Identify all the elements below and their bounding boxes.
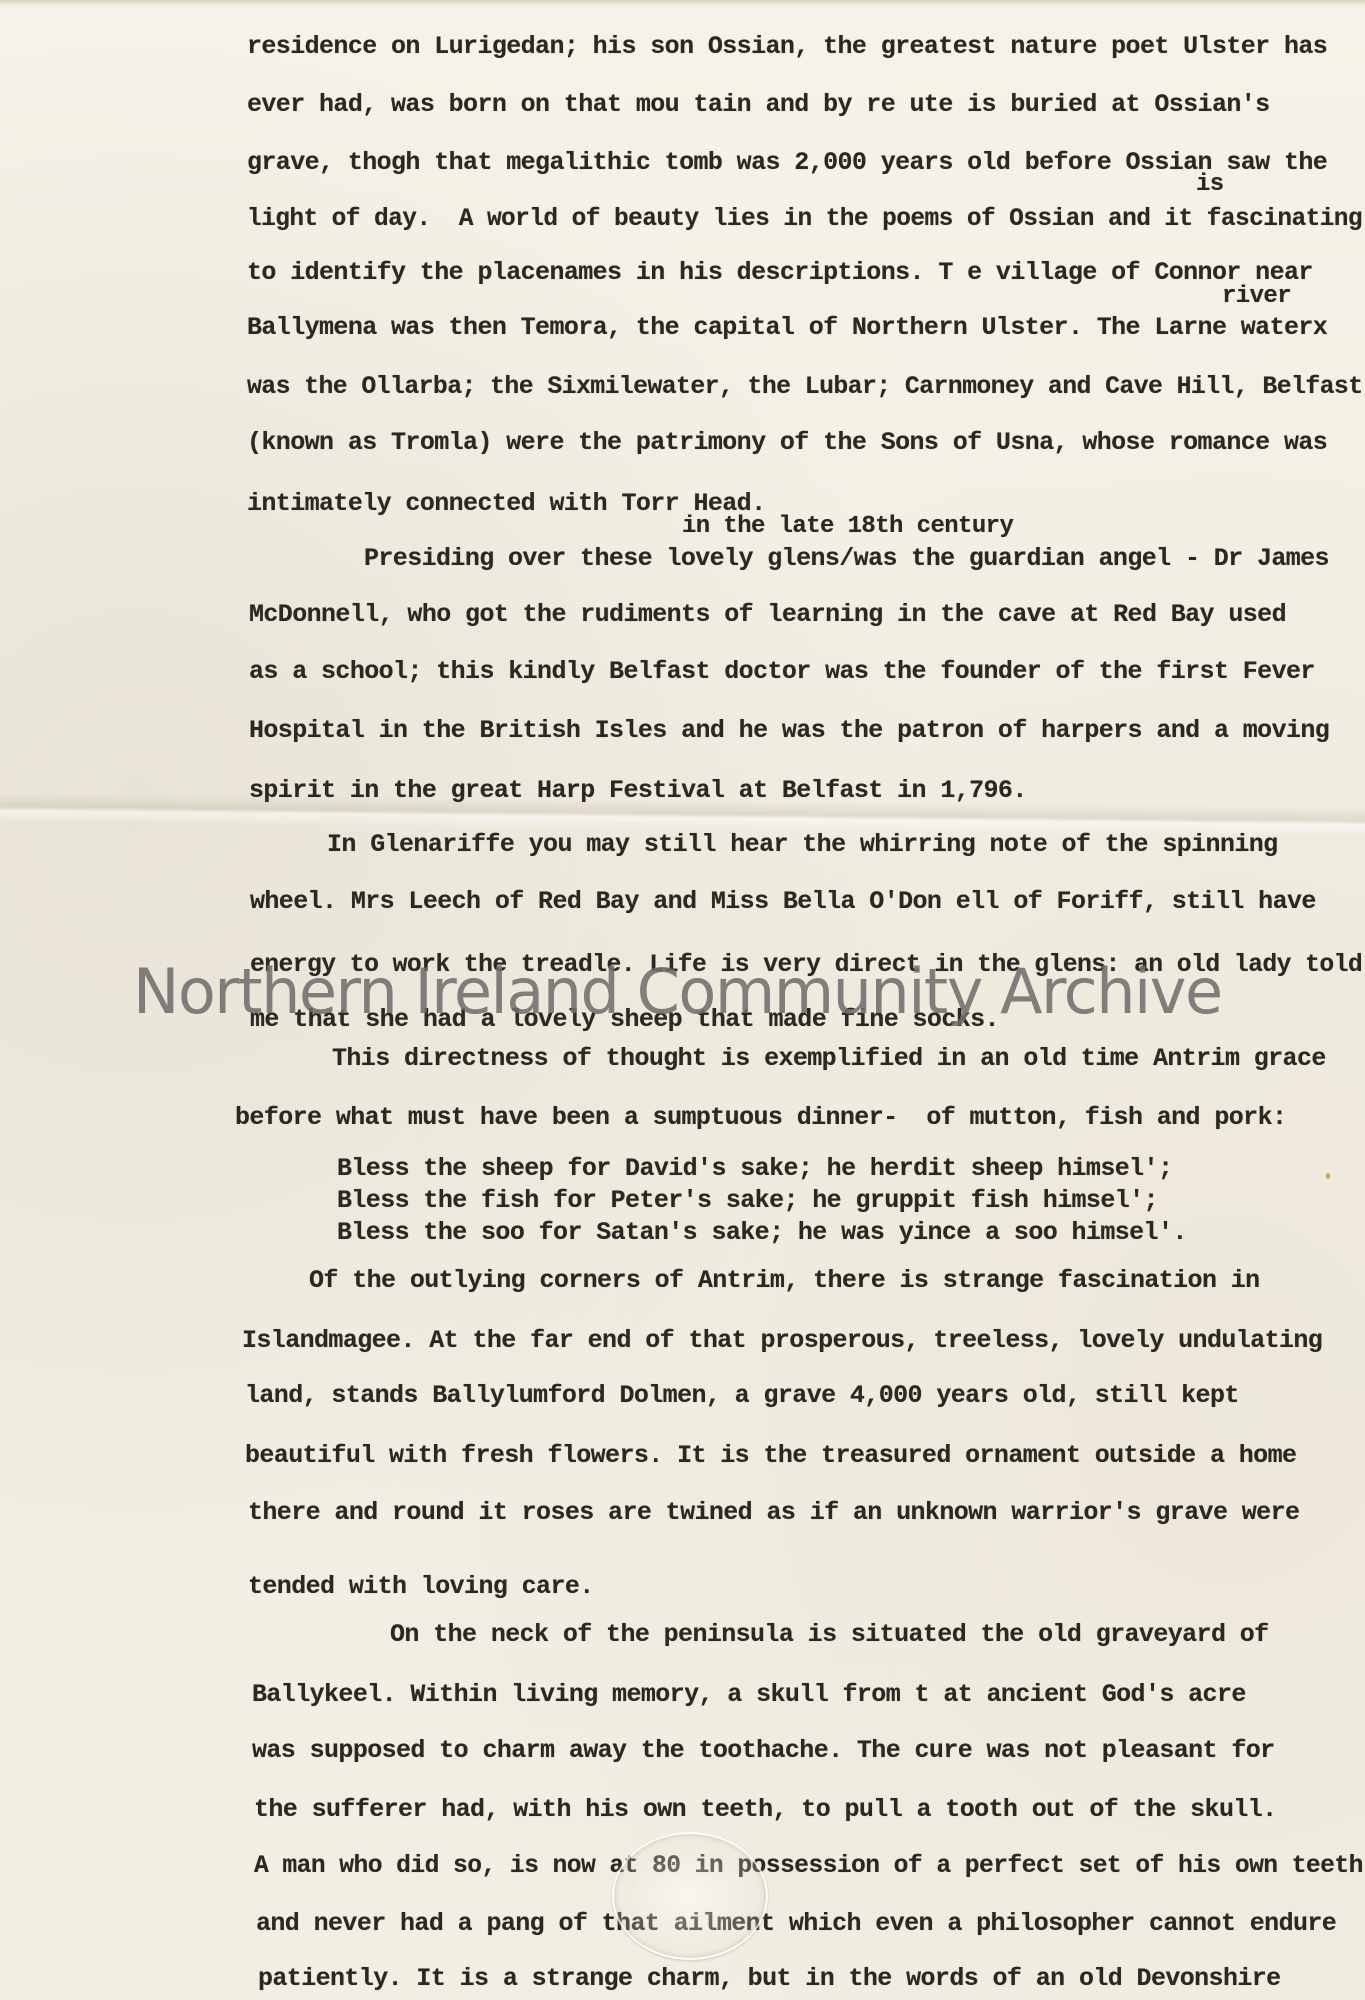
text-line: patiently. It is a strange charm, but in… xyxy=(258,1964,1281,1994)
text-line: tended with loving care. xyxy=(248,1572,594,1602)
text-line: Of the outlying corners of Antrim, there… xyxy=(309,1266,1260,1296)
text-line: grave, thogh that megalithic tomb was 2,… xyxy=(247,148,1327,178)
text-line: Ballymena was then Temora, the capital o… xyxy=(247,313,1327,343)
text-line: beautiful with fresh flowers. It is the … xyxy=(245,1441,1296,1471)
text-line: light of day. A world of beauty lies in … xyxy=(247,204,1362,234)
text-line: (known as Tromla) were the patrimony of … xyxy=(247,428,1327,458)
text-line: wheel. Mrs Leech of Red Bay and Miss Bel… xyxy=(250,887,1316,917)
text-line: the sufferer had, with his own teeth, to… xyxy=(254,1795,1277,1825)
text-line: In Glenariffe you may still hear the whi… xyxy=(327,830,1278,860)
typed-insertion: in the late 18th century xyxy=(682,512,1013,542)
text-line: Presiding over these lovely glens/was th… xyxy=(364,544,1329,574)
text-line: to identify the placenames in his descri… xyxy=(247,258,1313,288)
text-line: Islandmagee. At the far end of that pros… xyxy=(242,1326,1322,1356)
typed-insertion: river xyxy=(1222,282,1291,312)
text-line: A man who did so, is now at 80 in posses… xyxy=(254,1851,1363,1881)
text-line: residence on Lurigedan; his son Ossian, … xyxy=(247,32,1327,62)
text-line: ever had, was born on that mou tain and … xyxy=(247,90,1270,120)
page-top-edge xyxy=(0,0,1365,6)
text-line: This directness of thought is exemplifie… xyxy=(332,1044,1326,1074)
poem-line: Bless the soo for Satan's sake; he was y… xyxy=(337,1218,1187,1248)
handwritten-insertion: is xyxy=(1196,170,1224,200)
text-line: land, stands Ballylumford Dolmen, a grav… xyxy=(245,1381,1239,1411)
text-line: Ballykeel. Within living memory, a skull… xyxy=(252,1680,1246,1710)
text-line: On the neck of the peninsula is situated… xyxy=(390,1620,1269,1650)
poem-line: Bless the sheep for David's sake; he her… xyxy=(337,1154,1172,1184)
text-line: was the Ollarba; the Sixmilewater, the L… xyxy=(247,372,1363,402)
text-line: was supposed to charm away the toothache… xyxy=(252,1736,1275,1766)
text-line: spirit in the great Harp Festival at Bel… xyxy=(249,776,1027,806)
text-line: McDonnell, who got the rudiments of lear… xyxy=(249,600,1286,630)
text-line: there and round it roses are twined as i… xyxy=(248,1498,1299,1528)
text-line: Hospital in the British Isles and he was… xyxy=(249,716,1329,746)
archive-watermark: Northern Ireland Community Archive xyxy=(133,955,1222,1029)
text-line: and never had a pang of that ailment whi… xyxy=(256,1909,1336,1939)
text-line: as a school; this kindly Belfast doctor … xyxy=(249,657,1315,687)
embossed-seal xyxy=(612,1832,768,1960)
paper-stain xyxy=(1326,1173,1330,1179)
poem-line: Bless the fish for Peter's sake; he grup… xyxy=(337,1186,1158,1216)
text-line: before what must have been a sumptuous d… xyxy=(235,1103,1286,1133)
